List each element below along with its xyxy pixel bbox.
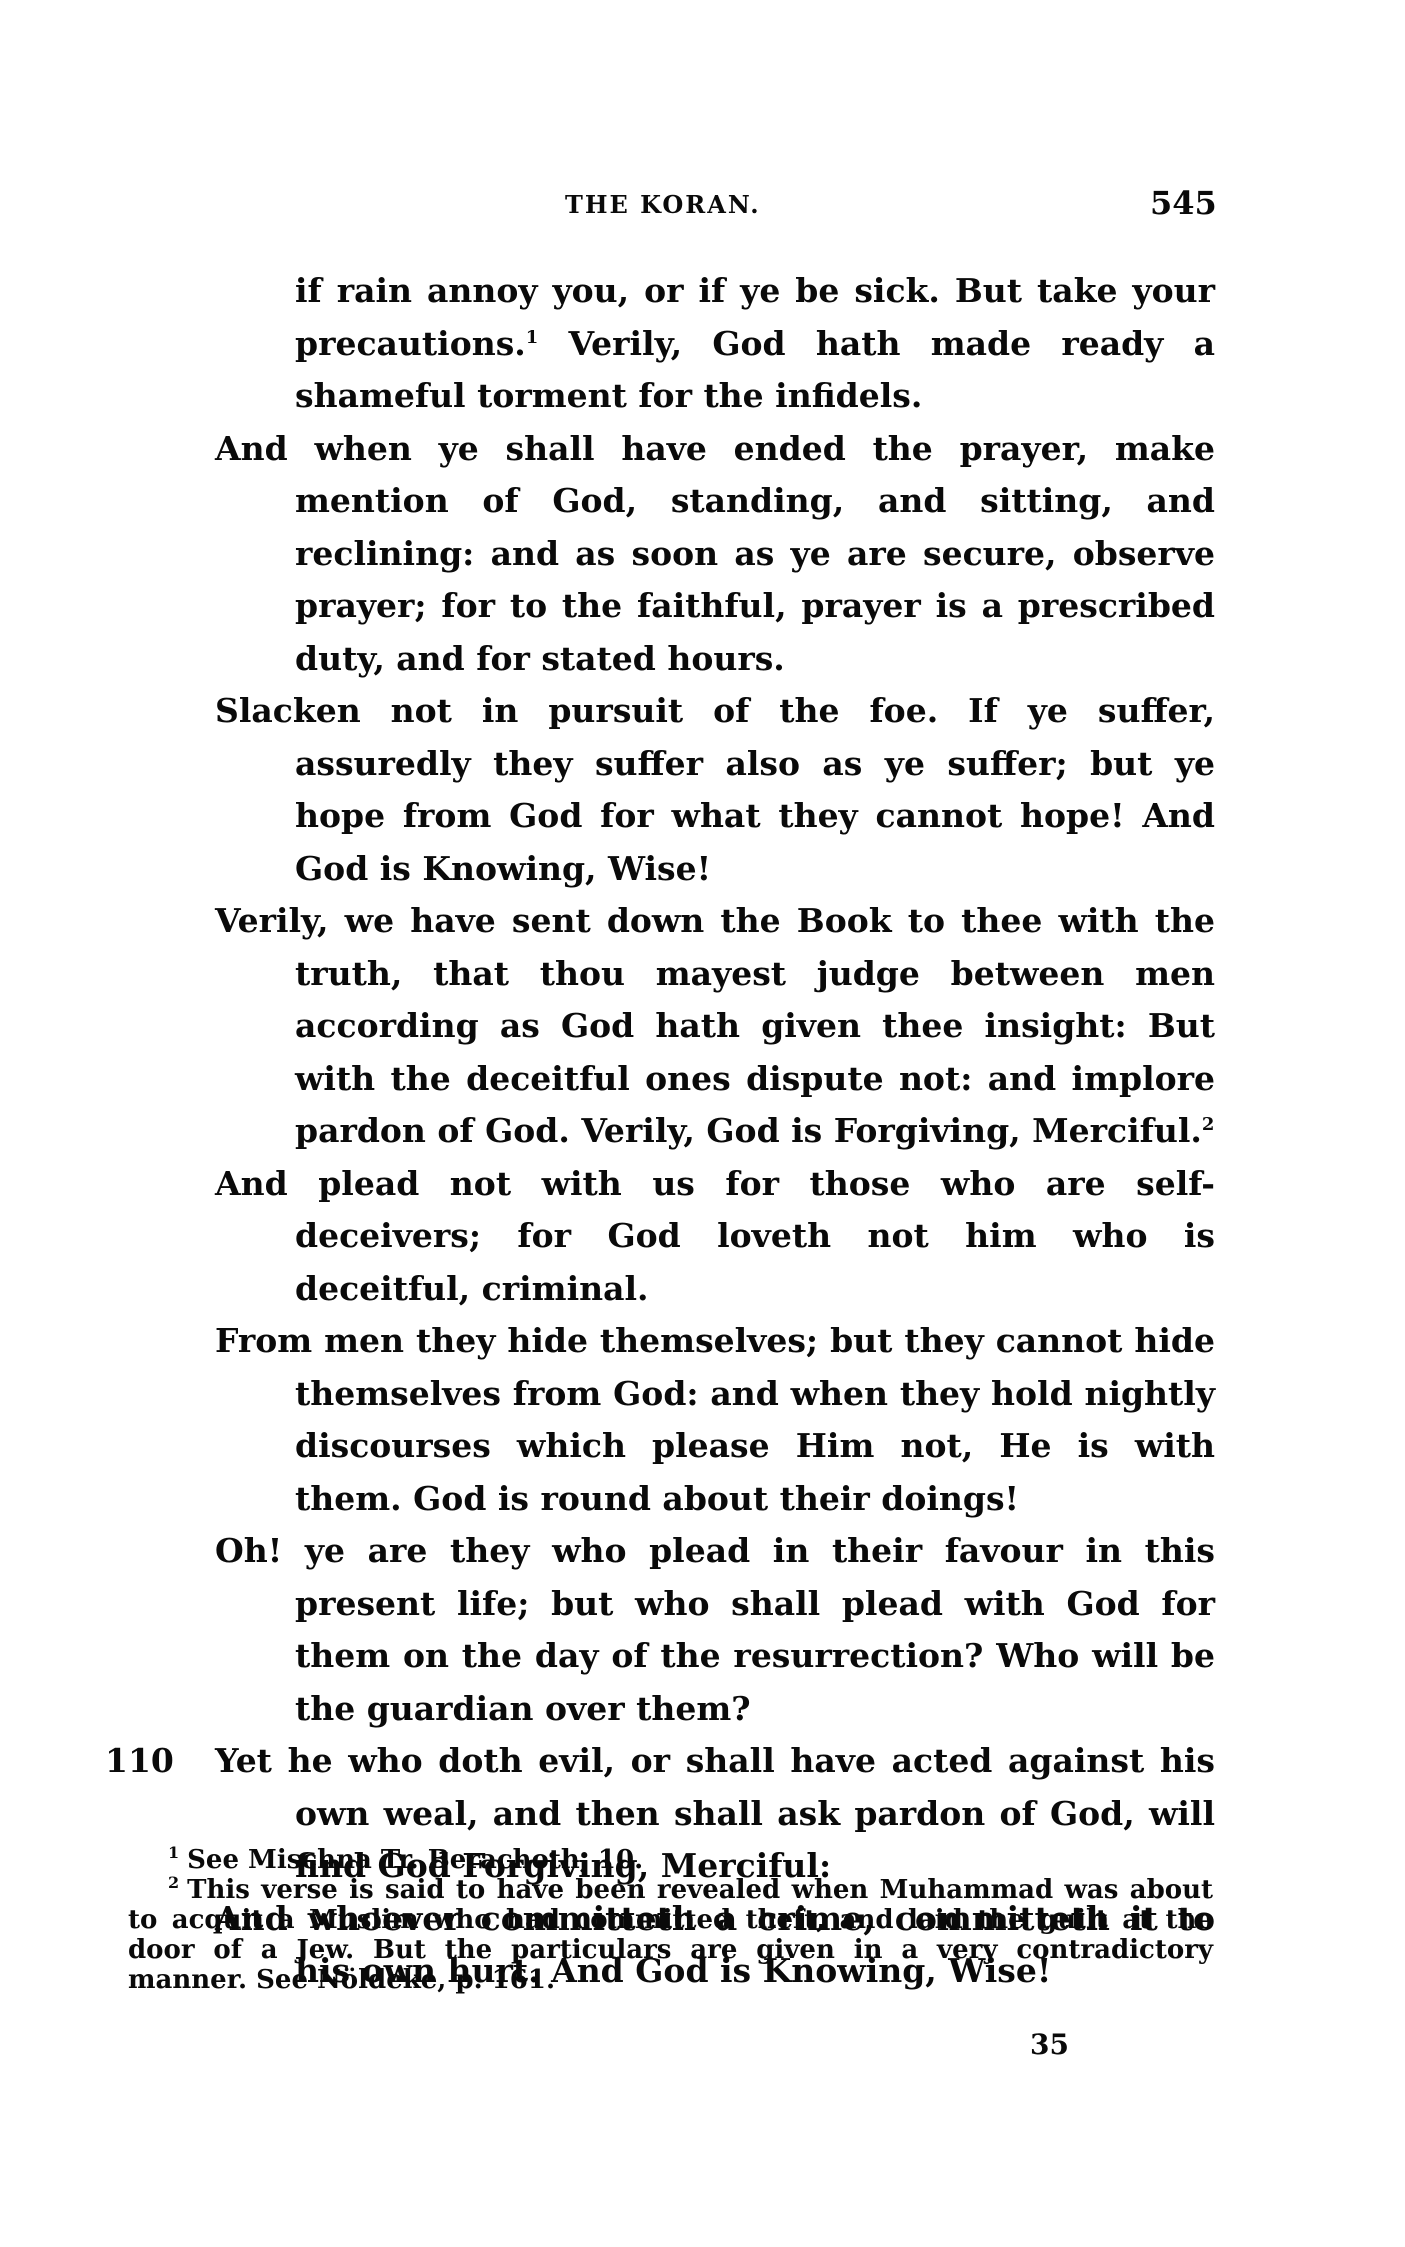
verse-number: 110 <box>105 1735 174 1788</box>
verse-paragraph: Oh! ye are they who plead in their favou… <box>215 1525 1215 1735</box>
book-page: THE KORAN. 545 if rain annoy you, or if … <box>0 0 1405 2247</box>
footnote-1: 1See Mischna Tr. Berachoth, 10. <box>128 1845 1213 1875</box>
page-number: 545 <box>1150 184 1217 222</box>
verse-paragraph: From men they hide themselves; but they … <box>215 1315 1215 1525</box>
signature-mark: 35 <box>1030 2028 1069 2061</box>
footnote-2: 2This verse is said to have been reveale… <box>128 1875 1213 1995</box>
footnote-ref[interactable]: 1 <box>526 327 539 348</box>
footnotes: 1See Mischna Tr. Berachoth, 10. 2This ve… <box>128 1845 1213 1995</box>
verse-paragraph: Slacken not in pursuit of the foe. If ye… <box>215 685 1215 895</box>
footnote-mark: 2 <box>168 1873 179 1892</box>
footnote-ref[interactable]: 2 <box>1202 1114 1215 1135</box>
running-head: THE KORAN. 545 <box>0 190 1405 230</box>
verse-paragraph: And when ye shall have ended the prayer,… <box>215 423 1215 686</box>
body-text: if rain annoy you, or if ye be sick. But… <box>215 265 1215 1998</box>
verse-paragraph: And plead not with us for those who are … <box>215 1158 1215 1316</box>
footnote-mark: 1 <box>168 1843 179 1862</box>
paragraph-continuation: if rain annoy you, or if ye be sick. But… <box>215 265 1215 423</box>
running-title: THE KORAN. <box>565 190 761 219</box>
verse-paragraph: Verily, we have sent down the Book to th… <box>215 895 1215 1158</box>
